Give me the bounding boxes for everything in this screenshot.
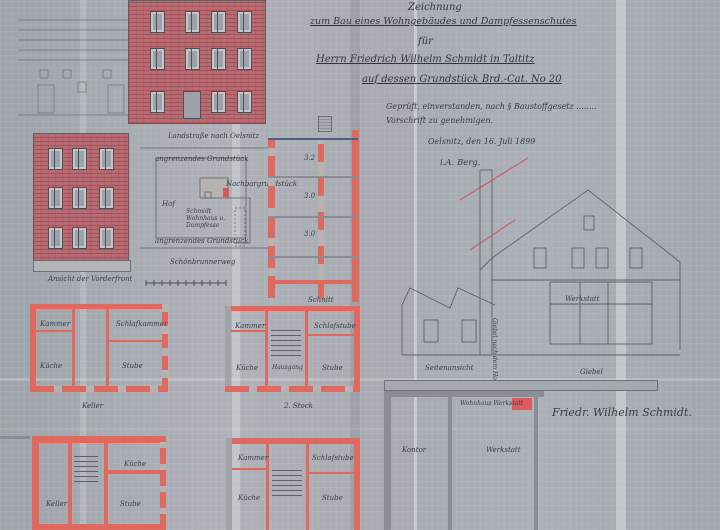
room-label: Stube — [322, 494, 343, 502]
window — [211, 48, 226, 70]
approval-line-1: Geprüft, einverstanden, nach § Baustoffg… — [386, 102, 597, 111]
fold-crease — [0, 428, 720, 430]
approval-line-2: Vorschrift zu genehmigen. — [386, 116, 493, 125]
pencil-elevation-sketch — [18, 10, 128, 120]
plan-header-strip — [384, 380, 658, 391]
window — [237, 48, 252, 70]
gable-label: Giebel — [580, 368, 603, 376]
site-road-bottom: Schönbrunnerweg — [170, 258, 235, 266]
section-height-1: 3.2 — [304, 154, 315, 162]
site-road-top: Landstraße nach Oelsnitz — [168, 132, 259, 140]
floor-plan-keller — [30, 304, 168, 392]
room-label: Hausgang — [272, 364, 303, 371]
window — [237, 11, 252, 33]
facade-plinth — [33, 260, 131, 272]
entrance-door — [183, 91, 201, 119]
room-label: Schlafkammer — [116, 320, 167, 328]
window — [48, 187, 63, 209]
floor-plan-2-stock — [225, 306, 360, 392]
drawing-sheet: Ansicht der Vorderfront Landstraße nach … — [0, 0, 720, 530]
shop-label: Werkstatt — [565, 295, 600, 303]
room-label: Kammer — [238, 454, 268, 462]
side-elevation — [380, 170, 710, 380]
workshop-header-label: Wohnhaus Werkstatt — [460, 400, 523, 407]
room-label: Stube — [322, 364, 343, 372]
floor-plan-title: Keller — [82, 402, 103, 410]
drawing-heading: Zeichnung — [408, 2, 462, 13]
window — [48, 148, 63, 170]
window — [99, 227, 114, 249]
room-label: Kammer — [235, 322, 265, 330]
annex-wall — [0, 436, 30, 439]
cross-section: 3.2 3.0 3.0 — [268, 130, 360, 302]
floor-plan-erdgeschoss — [32, 436, 166, 530]
workshop-room-1: Kontor — [402, 446, 426, 454]
title-line-4: auf dessen Grundstück Brd.-Cat. No 20 — [362, 74, 562, 85]
room-label: Schlafstube — [314, 322, 356, 330]
window — [99, 148, 114, 170]
owner-signature: Friedr. Wilhelm Schmidt. — [552, 406, 692, 419]
floor-plan-title: 2. Stock — [284, 402, 313, 410]
title-line-2: für — [418, 36, 433, 47]
site-building-label: Schmidt Wohnhaus u. Dampfesse — [186, 208, 226, 229]
chimney-top — [318, 116, 332, 132]
window — [211, 11, 226, 33]
side-elevation-label: Seitenansicht — [425, 364, 473, 372]
site-yard-label: Hof — [162, 200, 175, 208]
room-label: Stube — [122, 362, 143, 370]
window — [150, 91, 165, 113]
site-plan — [140, 128, 270, 268]
workshop-ground-plan — [384, 390, 544, 530]
site-neighbor-bottom: angrenzendes Grundstück — [155, 237, 248, 245]
window — [72, 148, 87, 170]
scale-bar — [146, 280, 226, 286]
room-label: Keller — [46, 500, 67, 508]
room-label: Küche — [236, 364, 258, 372]
window — [185, 48, 200, 70]
room-label: Küche — [40, 362, 62, 370]
window — [185, 11, 200, 33]
window — [150, 48, 165, 70]
window — [72, 227, 87, 249]
section-label: Schnitt — [308, 296, 334, 304]
window — [72, 187, 87, 209]
workshop-room-2: Werkstatt — [486, 446, 521, 454]
floor-plan-1-stock — [226, 438, 360, 530]
window — [48, 227, 63, 249]
front-elevation-left — [33, 133, 129, 263]
window — [150, 11, 165, 33]
title-line-3: Herrn Friedrich Wilhelm Schmidt in Talti… — [316, 54, 535, 65]
room-label: Schlafstube — [312, 454, 354, 462]
title-line-1: zum Bau eines Wohngebäudes und Dampfesse… — [310, 16, 577, 27]
gable-yard-label: Giebel nach dem Hofe — [491, 318, 498, 386]
room-label: Küche — [238, 494, 260, 502]
room-label: Küche — [124, 460, 146, 468]
section-height-3: 3.0 — [304, 230, 315, 238]
window — [99, 187, 114, 209]
room-label: Stube — [120, 500, 141, 508]
site-neighbor-top: angrenzendes Grundstück — [155, 155, 248, 163]
window — [237, 91, 252, 113]
window — [211, 91, 226, 113]
front-elevation-upper — [128, 0, 266, 124]
approval-date: Oelsnitz, den 16. Juli 1899 — [428, 137, 535, 146]
front-elevation-label: Ansicht der Vorderfront — [48, 275, 132, 283]
room-label: Kammer — [40, 320, 70, 328]
section-height-2: 3.0 — [304, 192, 315, 200]
